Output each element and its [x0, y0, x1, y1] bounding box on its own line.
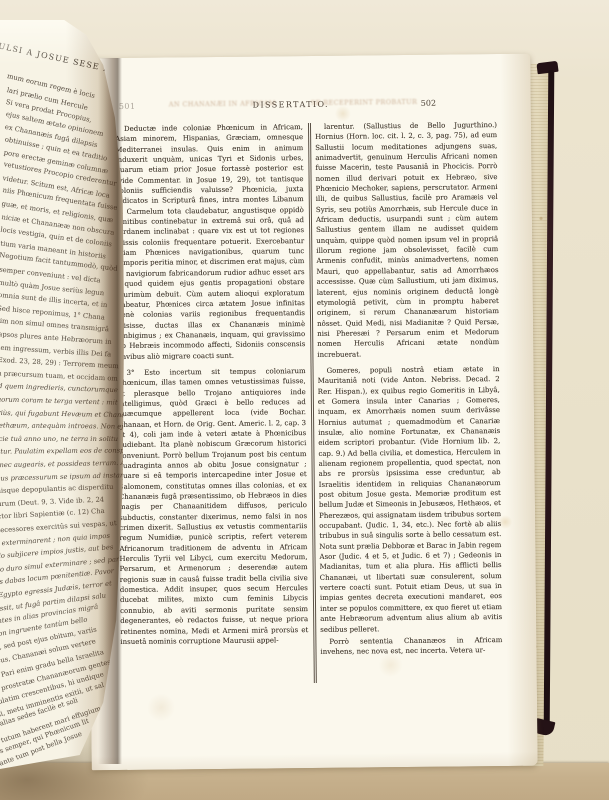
verso-page-curled: ULSI A JOSUE SESE RECEP mum eorum regem … — [0, 20, 124, 770]
paragraph: 3° Esto incertum sit tempus coloniarum P… — [118, 366, 309, 647]
left-page-text-line: in præcursum tuam, et occidam om — [0, 369, 117, 382]
paragraph: larentur. (Sallustius de Bello Jugurthin… — [315, 120, 499, 360]
book-photo: 501 AN CHANANÆI IN AFRICAM DISSERTATIO. … — [0, 0, 609, 800]
bleed-through-text: SE RECEPERINT PROBATUR — [311, 98, 418, 107]
text-column-left: Deductæ inde coloniæ Phœnicum in Africam… — [115, 122, 308, 647]
paragraph: Gomeres, populi nostrâ etiam ætate in Ma… — [318, 364, 503, 635]
paragraph: Deductæ inde coloniæ Phœnicum in Africam… — [115, 122, 305, 362]
left-page-text-line: facie tuâ anno uno, ne terra in solitu — [0, 435, 118, 443]
left-page-text-line: ignisque depopulantis ac disperditu — [0, 483, 114, 495]
folio-number-verso: 501 — [119, 102, 136, 111]
left-page-text-line: donec augearis, et possideas terram. Ali — [0, 459, 130, 469]
text-column-right: larentur. (Sallustius de Bello Jugurthin… — [315, 120, 503, 657]
folio-number-recto: 502 — [421, 99, 436, 108]
left-page-text-line: (Exod. 23, 28, 29) : Terrorem meum — [0, 356, 119, 370]
paragraph: Porrò sententia Chananæos in Africam inv… — [320, 635, 502, 658]
left-page-text-line: gatur. Paulatim expellam eos de conspec — [0, 447, 132, 456]
left-page-text-line: dem ingressum, verbis illis Dei fa — [0, 343, 111, 358]
left-page-text-line: Deus præcessurum se ipsum ad instar — [0, 471, 123, 482]
left-page-text-line: Hethæum, antequàm introeas. Non eji — [0, 422, 125, 431]
left-page-text-line: lapsos plures ante Hebræorum in — [0, 330, 112, 346]
left-page-text-line: pturum (Deut. 9, 3. Vide ib. 2, 24 — [0, 495, 104, 508]
left-page-text-line: priùs, qui fugabunt Hevæum et Chana — [0, 408, 126, 418]
left-page-text-line: auctor libri Sapientiæ (c. 12) Cha — [0, 507, 105, 521]
recto-page: 501 AN CHANANÆI IN AFRICAM DISSERTATIO. … — [84, 54, 537, 771]
left-page-text-line: tuorum coram te terga vertent : mit — [0, 395, 117, 406]
left-page-text-line: ad quem ingredieris, cunctorumque — [0, 382, 118, 394]
text-columns: Deductæ inde coloniæ Phœnicum in Africam… — [115, 120, 513, 685]
